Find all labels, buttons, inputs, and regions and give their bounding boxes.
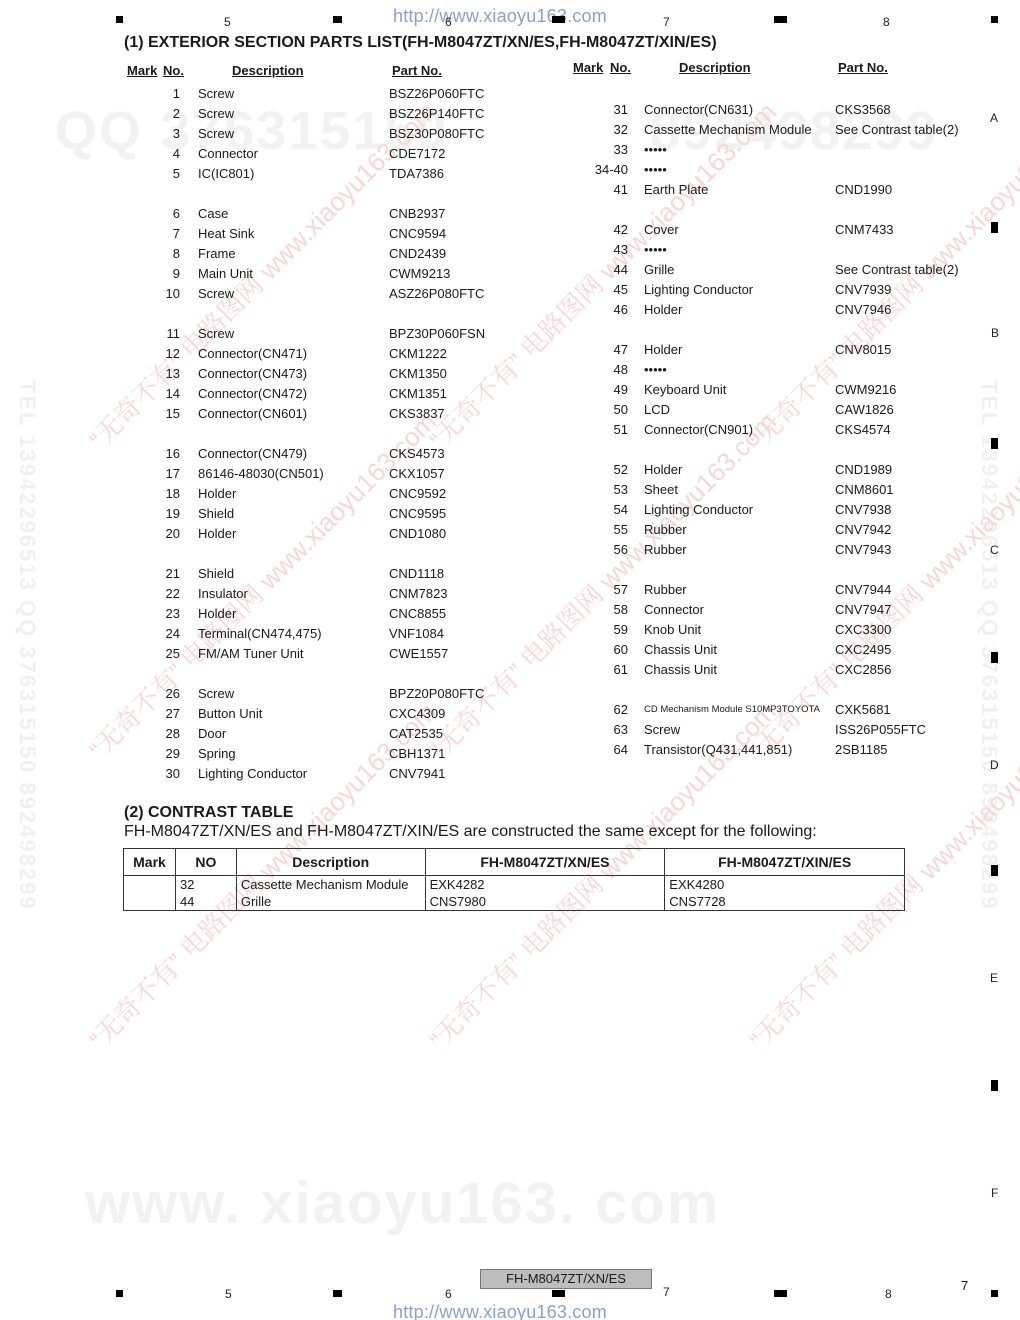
item-part-number: CNV7942	[835, 520, 891, 540]
contrast-header-xin: FH-M8047ZT/XIN/ES	[665, 849, 905, 876]
item-description: Spring	[198, 744, 236, 764]
item-description: Earth Plate	[644, 180, 708, 200]
item-number: 29	[140, 744, 180, 764]
item-number: 53	[586, 480, 628, 500]
item-part-number: CND1118	[389, 564, 444, 584]
item-description: Holder	[644, 300, 682, 320]
item-part-number: CNM7823	[389, 584, 448, 604]
item-description: Sheet	[644, 480, 678, 500]
row-marker: C	[990, 543, 999, 557]
item-description: Connector(CN473)	[198, 364, 307, 384]
item-number: 25	[140, 644, 180, 664]
cell-xin: CNS7728	[665, 893, 905, 911]
item-number: 61	[586, 660, 628, 680]
header-part-no: Part No.	[392, 63, 442, 78]
item-part-number: CKS4573	[389, 444, 445, 464]
watermark-large-url: www. xiaoyu163. com	[85, 1170, 720, 1237]
item-number: 48	[586, 360, 628, 380]
item-part-number: CWM9216	[835, 380, 896, 400]
item-description: Connector(CN479)	[198, 444, 307, 464]
header-description: Description	[232, 63, 304, 78]
header-no: No.	[610, 60, 631, 75]
registration-mark	[991, 222, 998, 233]
item-description: Rubber	[644, 520, 687, 540]
item-number: 13	[140, 364, 180, 384]
item-description: Knob Unit	[644, 620, 701, 640]
contrast-header-no: NO	[175, 849, 236, 876]
page-number: 7	[961, 1278, 968, 1293]
item-number: 9	[140, 264, 180, 284]
column-marker: 5	[224, 15, 231, 29]
item-part-number: CKX1057	[389, 464, 445, 484]
item-number: 58	[586, 600, 628, 620]
item-part-number: CNV7946	[835, 300, 891, 320]
row-marker: E	[990, 971, 998, 985]
header-description: Description	[679, 60, 751, 75]
item-description: Cover	[644, 220, 679, 240]
registration-mark	[991, 865, 998, 876]
registration-mark	[116, 1290, 123, 1297]
item-number: 2	[140, 104, 180, 124]
registration-mark	[991, 1080, 998, 1091]
cell-no: 44	[175, 893, 236, 911]
item-number: 5	[140, 164, 180, 184]
item-number: 64	[586, 740, 628, 760]
item-number: 47	[586, 340, 628, 360]
row-marker: B	[991, 326, 999, 340]
item-number: 42	[586, 220, 628, 240]
item-number: 21	[140, 564, 180, 584]
item-description: Screw	[198, 324, 234, 344]
item-description: Rubber	[644, 580, 687, 600]
item-description: Keyboard Unit	[644, 380, 726, 400]
item-number: 50	[586, 400, 628, 420]
item-part-number: CKS3837	[389, 404, 445, 424]
item-number: 30	[140, 764, 180, 784]
row-marker: F	[991, 1186, 998, 1200]
item-description: Button Unit	[198, 704, 262, 724]
item-number: 51	[586, 420, 628, 440]
item-number: 45	[586, 280, 628, 300]
item-number: 56	[586, 540, 628, 560]
item-part-number: CXC2495	[835, 640, 891, 660]
item-part-number: CAW1826	[835, 400, 894, 420]
column-marker: 6	[445, 1287, 452, 1301]
column-marker: 8	[883, 15, 890, 29]
registration-mark	[333, 16, 342, 23]
item-description: Lighting Conductor	[644, 500, 753, 520]
item-number: 54	[586, 500, 628, 520]
cell-description: Cassette Mechanism Module	[236, 876, 425, 894]
item-part-number: BSZ30P080FTC	[389, 124, 484, 144]
item-part-number: CNV7944	[835, 580, 891, 600]
item-part-number: CBH1371	[389, 744, 445, 764]
item-description: Holder	[198, 484, 236, 504]
item-part-number: See Contrast table(2)	[835, 120, 959, 140]
contrast-table: Mark NO Description FH-M8047ZT/XN/ES FH-…	[123, 848, 905, 911]
item-number: 33	[586, 140, 628, 160]
item-part-number: CND2439	[389, 244, 446, 264]
item-part-number: CXC3300	[835, 620, 891, 640]
item-number: 20	[140, 524, 180, 544]
item-part-number: ASZ26P080FTC	[389, 284, 484, 304]
item-number: 3	[140, 124, 180, 144]
item-description: Screw	[198, 684, 234, 704]
item-description: Screw	[198, 124, 234, 144]
item-number: 6	[140, 204, 180, 224]
watermark-side-left: TEL 13942296513 QQ 376315150 892498299	[14, 380, 40, 911]
contrast-header-mark: Mark	[124, 849, 176, 876]
item-number: 62	[586, 700, 628, 720]
item-description: Holder	[644, 460, 682, 480]
item-part-number: CNC9594	[389, 224, 446, 244]
item-part-number: CNB2937	[389, 204, 445, 224]
cell-mark	[124, 893, 176, 911]
item-description: LCD	[644, 400, 670, 420]
header-mark: Mark	[573, 60, 603, 75]
item-number: 34-40	[586, 160, 628, 180]
section2-note: FH-M8047ZT/XN/ES and FH-M8047ZT/XIN/ES a…	[124, 823, 817, 841]
item-part-number: CND1989	[835, 460, 892, 480]
footer-model-label: FH-M8047ZT/XN/ES	[480, 1269, 652, 1289]
item-number: 32	[586, 120, 628, 140]
item-description: •••••	[644, 360, 667, 380]
item-description: Screw	[198, 84, 234, 104]
item-description: Frame	[198, 244, 236, 264]
item-part-number: CNC9592	[389, 484, 446, 504]
item-part-number: CND1990	[835, 180, 892, 200]
item-description: IC(IC801)	[198, 164, 254, 184]
item-number: 1	[140, 84, 180, 104]
item-description: Connector(CN901)	[644, 420, 753, 440]
item-number: 22	[140, 584, 180, 604]
item-description: Main Unit	[198, 264, 253, 284]
item-number: 60	[586, 640, 628, 660]
header-url-link[interactable]: http://www.xiaoyu163.com	[393, 6, 607, 27]
item-description: •••••	[644, 240, 667, 260]
item-number: 16	[140, 444, 180, 464]
item-description: •••••	[644, 160, 667, 180]
item-part-number: CDE7172	[389, 144, 445, 164]
item-description: Connector(CN471)	[198, 344, 307, 364]
item-description: Holder	[198, 524, 236, 544]
item-description: Connector	[644, 600, 704, 620]
item-number: 8	[140, 244, 180, 264]
item-number: 57	[586, 580, 628, 600]
column-marker: 6	[445, 15, 452, 29]
item-description: Cassette Mechanism Module	[644, 120, 812, 140]
header-no: No.	[163, 63, 184, 78]
item-part-number: CKS3568	[835, 100, 891, 120]
contrast-header-xn: FH-M8047ZT/XN/ES	[425, 849, 665, 876]
item-description: CD Mechanism Module S10MP3TOYOTA	[644, 700, 820, 720]
row-marker: A	[990, 111, 998, 125]
item-number: 24	[140, 624, 180, 644]
registration-mark	[991, 1290, 998, 1297]
item-description: Case	[198, 204, 228, 224]
item-part-number: CXC2856	[835, 660, 891, 680]
item-description: Transistor(Q431,441,851)	[644, 740, 792, 760]
registration-mark	[774, 1290, 787, 1297]
item-description: Connector	[198, 144, 258, 164]
item-description: •••••	[644, 140, 667, 160]
item-number: 14	[140, 384, 180, 404]
item-number: 11	[140, 324, 180, 344]
header-part-no: Part No.	[838, 60, 888, 75]
item-part-number: CAT2535	[389, 724, 443, 744]
item-number: 26	[140, 684, 180, 704]
item-part-number: CNV7938	[835, 500, 891, 520]
item-part-number: CKM1350	[389, 364, 447, 384]
item-description: Holder	[198, 604, 236, 624]
item-description: Insulator	[198, 584, 248, 604]
item-description: FM/AM Tuner Unit	[198, 644, 303, 664]
column-marker: 5	[225, 1287, 232, 1301]
item-part-number: CND1080	[389, 524, 446, 544]
item-part-number: CKS4574	[835, 420, 891, 440]
item-number: 46	[586, 300, 628, 320]
cell-description: Grille	[236, 893, 425, 911]
item-number: 27	[140, 704, 180, 724]
item-number: 52	[586, 460, 628, 480]
item-part-number: CXK5681	[835, 700, 891, 720]
cell-no: 32	[175, 876, 236, 894]
item-part-number: CNC8855	[389, 604, 446, 624]
item-number: 55	[586, 520, 628, 540]
registration-mark	[116, 16, 123, 23]
item-description: Shield	[198, 504, 234, 524]
item-part-number: BSZ26P060FTC	[389, 84, 484, 104]
item-number: 19	[140, 504, 180, 524]
item-part-number: See Contrast table(2)	[835, 260, 959, 280]
cell-xin: EXK4280	[665, 876, 905, 894]
item-part-number: ISS26P055FTC	[835, 720, 926, 740]
item-part-number: CKM1351	[389, 384, 447, 404]
item-part-number: 2SB1185	[835, 740, 888, 760]
table-row: 44 Grille CNS7980 CNS7728	[124, 893, 905, 911]
item-description: Chassis Unit	[644, 660, 717, 680]
item-description: Screw	[644, 720, 680, 740]
cell-mark	[124, 876, 176, 894]
registration-mark	[333, 1290, 342, 1297]
item-number: 17	[140, 464, 180, 484]
footer-url-link[interactable]: http://www.xiaoyu163.com	[393, 1302, 607, 1320]
item-part-number: CNV7939	[835, 280, 891, 300]
item-description: Screw	[198, 104, 234, 124]
item-description: Heat Sink	[198, 224, 254, 244]
item-description: Grille	[644, 260, 674, 280]
registration-mark	[552, 16, 565, 23]
item-part-number: CNC9595	[389, 504, 446, 524]
item-number: 4	[140, 144, 180, 164]
item-description: Door	[198, 724, 226, 744]
registration-mark	[552, 1290, 565, 1297]
table-row: 32 Cassette Mechanism Module EXK4282 EXK…	[124, 876, 905, 894]
item-part-number: CNM7433	[835, 220, 894, 240]
item-number: 44	[586, 260, 628, 280]
item-part-number: BPZ30P060FSN	[389, 324, 485, 344]
item-number: 28	[140, 724, 180, 744]
item-description: Screw	[198, 284, 234, 304]
item-number: 59	[586, 620, 628, 640]
item-number: 43	[586, 240, 628, 260]
column-marker: 7	[663, 1285, 670, 1299]
item-part-number: CNV7947	[835, 600, 891, 620]
item-part-number: CNV7943	[835, 540, 891, 560]
registration-mark	[774, 16, 787, 23]
registration-mark	[991, 652, 998, 663]
item-part-number: CWE1557	[389, 644, 448, 664]
item-description: Terminal(CN474,475)	[198, 624, 322, 644]
item-part-number: CXC4309	[389, 704, 445, 724]
item-description: Connector(CN631)	[644, 100, 753, 120]
item-description: Connector(CN472)	[198, 384, 307, 404]
item-description: Lighting Conductor	[644, 280, 753, 300]
item-part-number: CKM1222	[389, 344, 447, 364]
item-description: Lighting Conductor	[198, 764, 307, 784]
item-number: 31	[586, 100, 628, 120]
item-part-number: VNF1084	[389, 624, 444, 644]
item-part-number: BSZ26P140FTC	[389, 104, 484, 124]
header-mark: Mark	[127, 63, 157, 78]
item-description: Connector(CN601)	[198, 404, 307, 424]
section2-title: (2) CONTRAST TABLE	[124, 804, 293, 822]
item-description: Shield	[198, 564, 234, 584]
item-description: 86146-48030(CN501)	[198, 464, 324, 484]
row-marker: D	[990, 758, 999, 772]
item-number: 15	[140, 404, 180, 424]
item-part-number: CNV8015	[835, 340, 891, 360]
registration-mark	[991, 438, 998, 449]
registration-mark	[991, 16, 998, 23]
item-part-number: CNM8601	[835, 480, 894, 500]
item-part-number: BPZ20P080FTC	[389, 684, 484, 704]
cell-xn: EXK4282	[425, 876, 665, 894]
item-description: Chassis Unit	[644, 640, 717, 660]
item-description: Rubber	[644, 540, 687, 560]
contrast-header-description: Description	[236, 849, 425, 876]
item-part-number: TDA7386	[389, 164, 444, 184]
item-number: 49	[586, 380, 628, 400]
section1-title: (1) EXTERIOR SECTION PARTS LIST(FH-M8047…	[124, 34, 717, 52]
item-number: 10	[140, 284, 180, 304]
item-number: 18	[140, 484, 180, 504]
column-marker: 8	[885, 1287, 892, 1301]
cell-xn: CNS7980	[425, 893, 665, 911]
item-number: 7	[140, 224, 180, 244]
item-part-number: CWM9213	[389, 264, 450, 284]
item-part-number: CNV7941	[389, 764, 445, 784]
column-marker: 7	[663, 15, 670, 29]
item-number: 12	[140, 344, 180, 364]
item-number: 41	[586, 180, 628, 200]
item-number: 23	[140, 604, 180, 624]
item-description: Holder	[644, 340, 682, 360]
item-number: 63	[586, 720, 628, 740]
